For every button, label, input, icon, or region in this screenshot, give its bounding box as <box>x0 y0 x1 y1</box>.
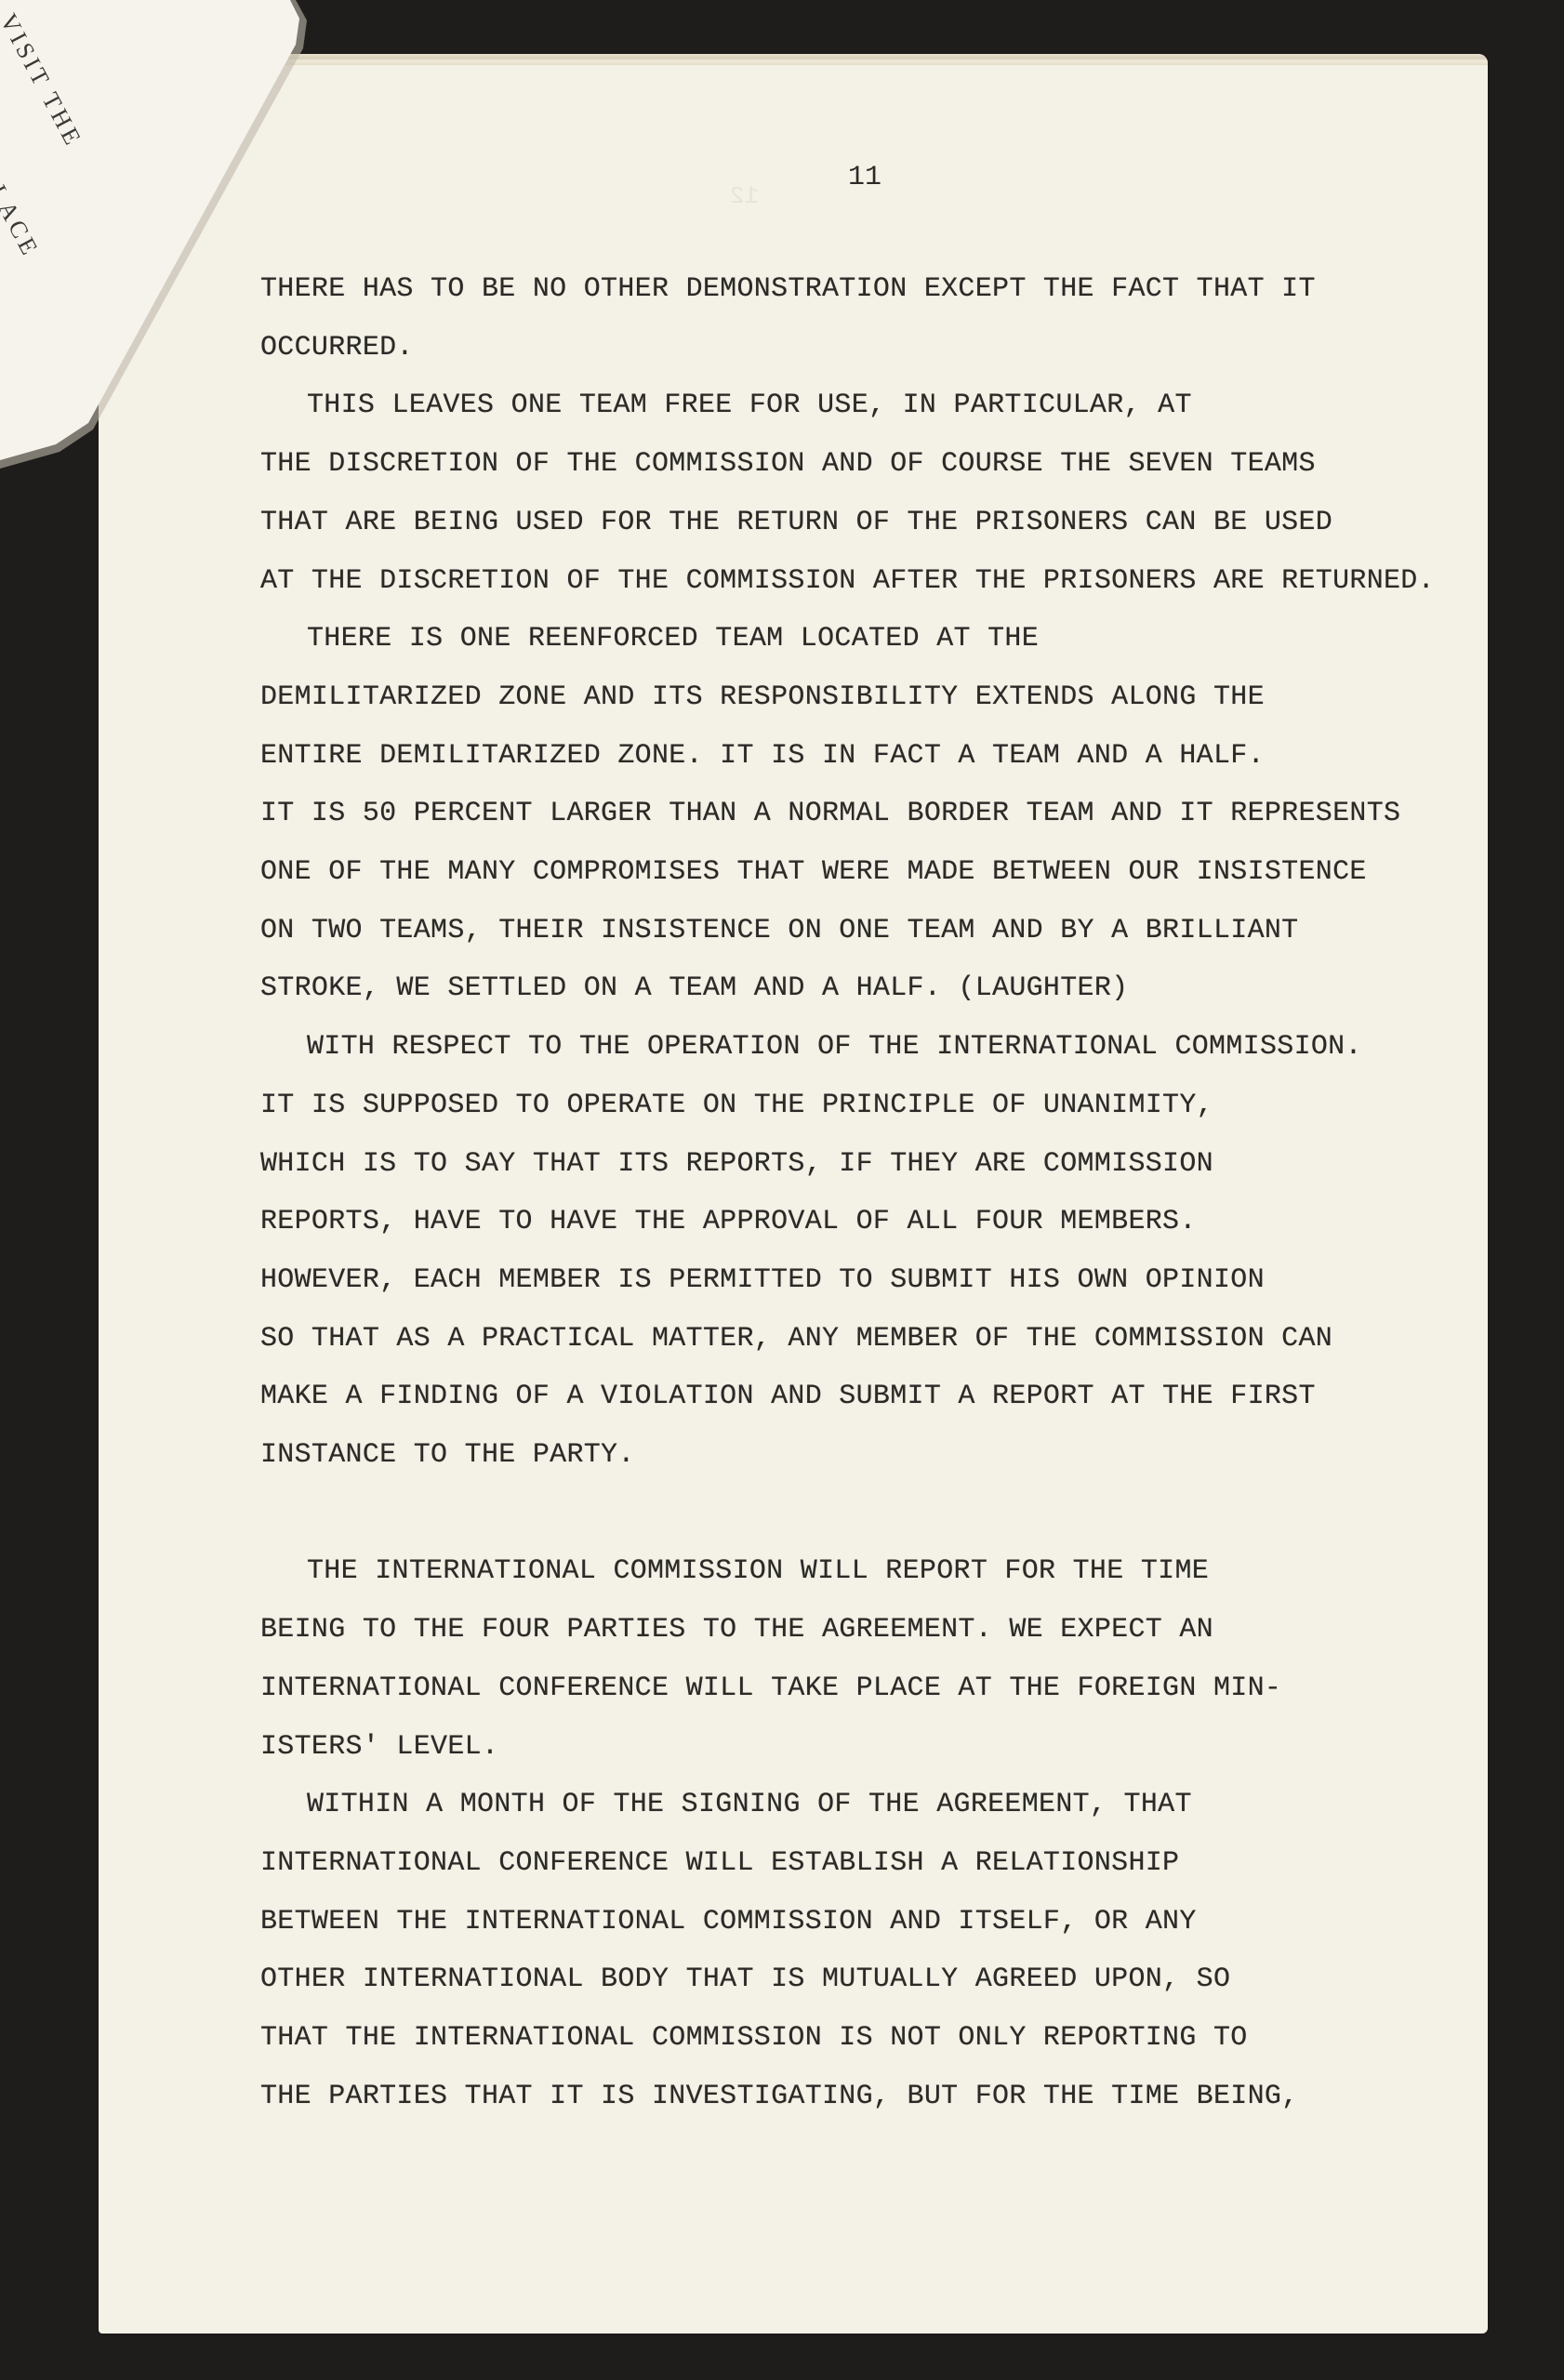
text-line: ENTIRE DEMILITARIZED ZONE. IT IS IN FACT… <box>260 742 1265 770</box>
text-line: THE INTERNATIONAL COMMISSION WILL REPORT… <box>307 1557 1209 1585</box>
text-line: THAT THE INTERNATIONAL COMMISSION IS NOT… <box>260 2024 1248 2052</box>
text-line: OTHER INTERNATIONAL BODY THAT IS MUTUALL… <box>260 1965 1230 1993</box>
text-line: AT THE DISCRETION OF THE COMMISSION AFTE… <box>260 567 1435 595</box>
text-line: IT IS 50 PERCENT LARGER THAN A NORMAL BO… <box>260 800 1400 827</box>
text-line: STROKE, WE SETTLED ON A TEAM AND A HALF.… <box>260 974 1128 1002</box>
text-line: WHICH IS TO SAY THAT ITS REPORTS, IF THE… <box>260 1150 1213 1178</box>
text-line: ONE OF THE MANY COMPROMISES THAT WERE MA… <box>260 858 1367 886</box>
text-line: ON TWO TEAMS, THEIR INSISTENCE ON ONE TE… <box>260 917 1298 945</box>
text-line: BEING TO THE FOUR PARTIES TO THE AGREEME… <box>260 1616 1213 1644</box>
text-line: THE DISCRETION OF THE COMMISSION AND OF … <box>260 450 1316 478</box>
text-line: SO THAT AS A PRACTICAL MATTER, ANY MEMBE… <box>260 1325 1332 1353</box>
folded-page-text: PLACE <box>0 165 45 262</box>
text-line: THERE IS ONE REENFORCED TEAM LOCATED AT … <box>307 625 1039 653</box>
text-line: ISTERS' LEVEL. <box>260 1733 498 1761</box>
text-line: IT IS SUPPOSED TO OPERATE ON THE PRINCIP… <box>260 1091 1213 1119</box>
text-line: THE PARTIES THAT IT IS INVESTIGATING, BU… <box>260 2082 1298 2110</box>
text-line: OCCURRED. <box>260 334 414 362</box>
text-line: INTERNATIONAL CONFERENCE WILL TAKE PLACE… <box>260 1674 1281 1702</box>
text-line: BETWEEN THE INTERNATIONAL COMMISSION AND… <box>260 1908 1197 1936</box>
page-number: 11 <box>848 164 881 192</box>
text-line: INSTANCE TO THE PARTY. <box>260 1441 635 1469</box>
text-line: INTERNATIONAL CONFERENCE WILL ESTABLISH … <box>260 1849 1179 1877</box>
text-line: THERE HAS TO BE NO OTHER DEMONSTRATION E… <box>260 275 1316 303</box>
folded-page-text: VISIT THE <box>0 9 87 152</box>
text-line: WITHIN A MONTH OF THE SIGNING OF THE AGR… <box>307 1791 1192 1818</box>
text-line: THIS LEAVES ONE TEAM FREE FOR USE, IN PA… <box>307 391 1192 419</box>
text-line: WITH RESPECT TO THE OPERATION OF THE INT… <box>307 1033 1362 1061</box>
text-line: MAKE A FINDING OF A VIOLATION AND SUBMIT… <box>260 1382 1316 1410</box>
text-line: THAT ARE BEING USED FOR THE RETURN OF TH… <box>260 509 1332 536</box>
text-line: REPORTS, HAVE TO HAVE THE APPROVAL OF AL… <box>260 1208 1197 1236</box>
page-stack-edge <box>279 54 1488 65</box>
text-line: HOWEVER, EACH MEMBER IS PERMITTED TO SUB… <box>260 1266 1265 1294</box>
text-line: DEMILITARIZED ZONE AND ITS RESPONSIBILIT… <box>260 683 1265 711</box>
show-through-text: 12 <box>730 182 759 210</box>
